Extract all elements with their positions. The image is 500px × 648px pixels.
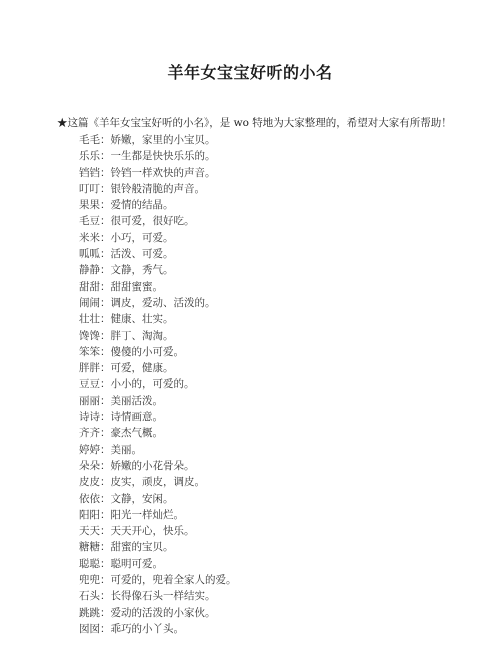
nickname: 石头 [79,590,100,602]
nickname-meaning: 胖丁、淘淘。 [111,330,174,342]
nickname-meaning: 长得像石头一样结实。 [111,590,216,602]
list-item: 阳阳：阳光一样灿烂。 [79,507,237,523]
list-item: 婷婷：美丽。 [79,442,237,458]
nickname: 婷婷 [79,444,100,456]
nickname-meaning: 调皮，爱动、活泼的。 [111,297,216,309]
separator: ： [100,281,111,293]
nickname: 乐乐 [79,150,100,162]
nickname-meaning: 爱情的结晶。 [111,199,174,211]
separator: ： [100,313,111,325]
separator: ： [100,541,111,553]
list-item: 壮壮：健康、壮实。 [79,311,237,327]
list-item: 诗诗：诗情画意。 [79,409,237,425]
separator: ： [100,378,111,390]
list-item: 天天：天天开心，快乐。 [79,523,237,539]
list-item: 糖糖：甜蜜的宝贝。 [79,539,237,555]
nickname: 闹闹 [79,297,100,309]
list-item: 果果：爱情的结晶。 [79,197,237,213]
separator: ： [100,607,111,619]
page-title: 羊年女宝宝好听的小名 [0,60,500,83]
nickname-meaning: 甜甜蜜蜜。 [111,281,164,293]
separator: ： [100,623,111,635]
nickname: 兜兜 [79,574,100,586]
separator: ： [100,215,111,227]
nickname: 馋馋 [79,330,100,342]
nickname: 果果 [79,199,100,211]
nickname-meaning: 娇嫩的小花骨朵。 [111,460,195,472]
nickname: 米米 [79,232,100,244]
separator: ： [100,395,111,407]
list-item: 甜甜：甜甜蜜蜜。 [79,279,237,295]
list-item: 铛铛：铃铛一样欢快的声音。 [79,165,237,181]
nickname: 跳跳 [79,607,100,619]
separator: ： [100,330,111,342]
nickname-meaning: 可爱的，兜着全家人的爱。 [111,574,237,586]
nickname-meaning: 乖巧的小丫头。 [111,623,185,635]
nickname: 天天 [79,525,100,537]
nickname-meaning: 健康、壮实。 [111,313,174,325]
nickname: 笨笨 [79,346,100,358]
separator: ： [100,232,111,244]
nickname-meaning: 小小的，可爱的。 [111,378,195,390]
list-item: 石头：长得像石头一样结实。 [79,588,237,604]
nickname: 阳阳 [79,509,100,521]
nickname-meaning: 活泼、可爱。 [111,248,174,260]
separator: ： [100,362,111,374]
nickname-meaning: 文静，秀气。 [111,264,174,276]
list-item: 依依：文静，安闲。 [79,491,237,507]
separator: ： [100,590,111,602]
nickname-meaning: 娇嫩，家里的小宝贝。 [111,134,216,146]
list-item: 闹闹：调皮，爱动、活泼的。 [79,295,237,311]
separator: ： [100,574,111,586]
nickname: 朵朵 [79,460,100,472]
nickname: 毛毛 [79,134,100,146]
nickname: 胖胖 [79,362,100,374]
list-item: 毛豆：很可爱，很好吃。 [79,213,237,229]
nickname: 毛豆 [79,215,100,227]
nickname: 丽丽 [79,395,100,407]
list-item: 毛毛：娇嫩，家里的小宝贝。 [79,132,237,148]
nickname: 壮壮 [79,313,100,325]
list-item: 豆豆：小小的，可爱的。 [79,376,237,392]
nickname: 甜甜 [79,281,100,293]
separator: ： [100,264,111,276]
separator: ： [100,525,111,537]
nickname-meaning: 很可爱，很好吃。 [111,215,195,227]
separator: ： [100,509,111,521]
nickname: 豆豆 [79,378,100,390]
list-item: 叮叮：银铃般清脆的声音。 [79,181,237,197]
separator: ： [100,167,111,179]
list-item: 跳跳：爱动的活泼的小家伙。 [79,605,237,621]
separator: ： [100,150,111,162]
list-item: 笨笨：傻傻的小可爱。 [79,344,237,360]
list-item: 兜兜：可爱的，兜着全家人的爱。 [79,572,237,588]
separator: ： [100,297,111,309]
list-item: 丽丽：美丽活泼。 [79,393,237,409]
nickname: 静静 [79,264,100,276]
list-item: 皮皮：皮实，顽皮，调皮。 [79,474,237,490]
nickname-meaning: 阳光一样灿烂。 [111,509,185,521]
separator: ： [100,134,111,146]
nickname-meaning: 皮实，顽皮，调皮。 [111,476,206,488]
nickname: 叮叮 [79,183,100,195]
separator: ： [100,411,111,423]
nickname: 诗诗 [79,411,100,423]
nickname-meaning: 诗情画意。 [111,411,164,423]
intro-paragraph: ★这篇《羊年女宝宝好听的小名》，是 wo 特地为大家整理的，希望对大家有所帮助！ [57,116,487,130]
nickname-meaning: 文静，安闲。 [111,493,174,505]
list-item: 米米：小巧，可爱。 [79,230,237,246]
list-item: 齐齐：豪杰气概。 [79,425,237,441]
nickname-meaning: 可爱，健康。 [111,362,174,374]
separator: ： [100,444,111,456]
separator: ： [100,476,111,488]
separator: ： [100,427,111,439]
separator: ： [100,199,111,211]
nickname: 聪聪 [79,558,100,570]
name-list: 毛毛：娇嫩，家里的小宝贝。乐乐：一生都是快快乐乐的。铛铛：铃铛一样欢快的声音。叮… [79,132,237,637]
nickname-meaning: 天天开心，快乐。 [111,525,195,537]
nickname: 呱呱 [79,248,100,260]
nickname: 糖糖 [79,541,100,553]
separator: ： [100,183,111,195]
nickname-meaning: 甜蜜的宝贝。 [111,541,174,553]
list-item: 乐乐：一生都是快快乐乐的。 [79,148,237,164]
nickname-meaning: 美丽活泼。 [111,395,164,407]
nickname-meaning: 聪明可爱。 [111,558,164,570]
nickname-meaning: 美丽。 [111,444,143,456]
nickname-meaning: 小巧，可爱。 [111,232,174,244]
nickname-meaning: 铃铛一样欢快的声音。 [111,167,216,179]
separator: ： [100,248,111,260]
separator: ： [100,493,111,505]
separator: ： [100,346,111,358]
nickname-meaning: 傻傻的小可爱。 [111,346,185,358]
separator: ： [100,460,111,472]
list-item: 胖胖：可爱，健康。 [79,360,237,376]
separator: ： [100,558,111,570]
nickname: 囡囡 [79,623,100,635]
nickname-meaning: 一生都是快快乐乐的。 [111,150,216,162]
nickname: 依依 [79,493,100,505]
nickname-meaning: 爱动的活泼的小家伙。 [111,607,216,619]
list-item: 馋馋：胖丁、淘淘。 [79,328,237,344]
list-item: 静静：文静，秀气。 [79,262,237,278]
nickname: 齐齐 [79,427,100,439]
list-item: 囡囡：乖巧的小丫头。 [79,621,237,637]
list-item: 聪聪：聪明可爱。 [79,556,237,572]
list-item: 朵朵：娇嫩的小花骨朵。 [79,458,237,474]
list-item: 呱呱：活泼、可爱。 [79,246,237,262]
nickname: 皮皮 [79,476,100,488]
nickname: 铛铛 [79,167,100,179]
nickname-meaning: 豪杰气概。 [111,427,164,439]
nickname-meaning: 银铃般清脆的声音。 [111,183,206,195]
